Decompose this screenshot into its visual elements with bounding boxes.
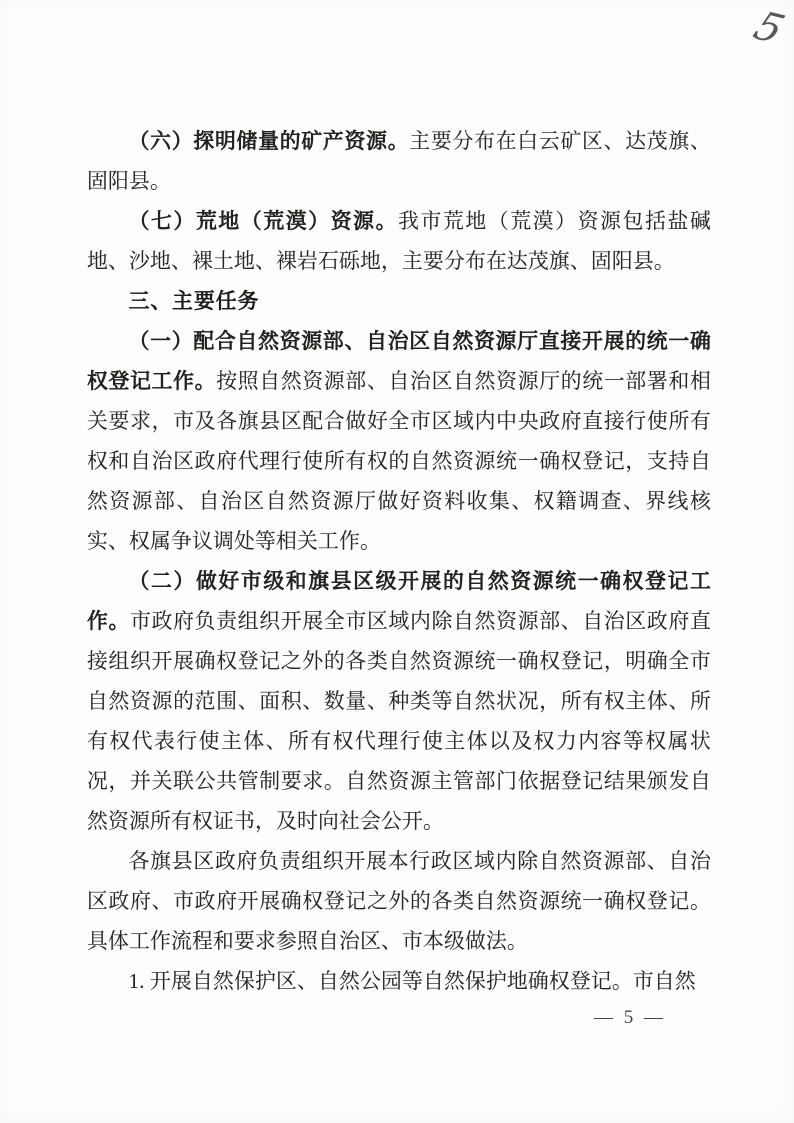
paragraph-item-7: （七）荒地（荒漠）资源。我市荒地（荒漠）资源包括盐碱地、沙地、裸土地、裸岩石砾地… (87, 202, 711, 282)
paragraph-item-2: （二）做好市级和旗县区级开展的自然资源统一确权登记工作。市政府负责组织开展全市区… (87, 562, 711, 842)
paragraph-body: 按照自然资源部、自治区自然资源厅的统一部署和相关要求，市及各旗县区配合做好全市区… (87, 370, 711, 553)
paragraph-item-1: （一）配合自然资源部、自治区自然资源厅直接开展的统一确权登记工作。按照自然资源部… (87, 322, 711, 562)
paragraph-body: 各旗县区政府负责组织开展本行政区域内除自然资源部、自治区政府、市政府开展确权登记… (87, 850, 711, 953)
page-number: — 5 — (594, 1004, 666, 1032)
paragraph-lead: （六）探明储量的矿产资源。 (129, 130, 410, 153)
paragraph-body: 市政府负责组织开展全市区域内除自然资源部、自治区政府直接组织开展确权登记之外的各… (87, 610, 711, 833)
document-body: （六）探明储量的矿产资源。主要分布在白云矿区、达茂旗、固阳县。 （七）荒地（荒漠… (87, 122, 711, 1002)
list-item-1: 1. 开展自然保护区、自然公园等自然保护地确权登记。市自然 (87, 962, 711, 1002)
paragraph-lead: （七）荒地（荒漠）资源。 (129, 210, 398, 233)
list-item-body: 市自然 (633, 970, 696, 993)
handwritten-page-mark: 5 (737, 0, 794, 61)
section-heading-main-tasks: 三、主要任务 (87, 282, 711, 322)
paragraph-follow-up: 各旗县区政府负责组织开展本行政区域内除自然资源部、自治区政府、市政府开展确权登记… (87, 842, 711, 962)
list-item-lead: 1. 开展自然保护区、自然公园等自然保护地确权登记。 (129, 970, 633, 993)
document-page: 5 （六）探明储量的矿产资源。主要分布在白云矿区、达茂旗、固阳县。 （七）荒地（… (0, 0, 794, 1123)
paragraph-item-6: （六）探明储量的矿产资源。主要分布在白云矿区、达茂旗、固阳县。 (87, 122, 711, 202)
